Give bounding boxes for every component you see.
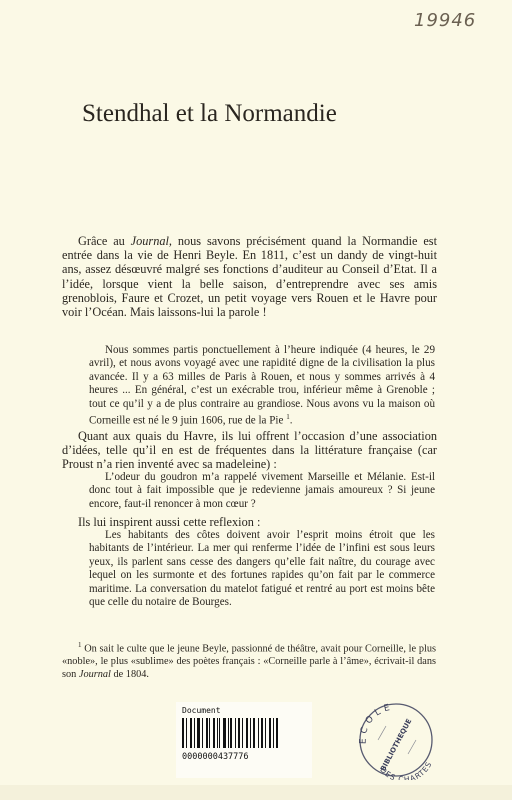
text: Les habitants des côtes doivent avoir l’…: [89, 529, 435, 609]
text: Ils lui inspirent aussi cette reflexion …: [62, 515, 437, 529]
journal-italic: Journal: [79, 669, 111, 680]
barcode-number: 0000000437776: [182, 752, 249, 762]
text: Grâce au: [78, 234, 131, 248]
paragraph-reflexion: Ils lui inspirent aussi cette reflexion …: [62, 515, 437, 529]
quote-rouen: Nous sommes partis ponctuellement à l’he…: [89, 344, 435, 428]
page-title: Stendhal et la Normandie: [82, 100, 337, 128]
paragraph-intro: Grâce au Journal, nous savons précisémen…: [62, 234, 437, 319]
text: L’odeur du goudron m’a rappelé vivement …: [89, 471, 435, 511]
footnote: 1 On sait le culte que le jeune Beyle, p…: [62, 639, 436, 681]
paragraph-havre: Quant aux quais du Havre, ils lui offren…: [62, 429, 437, 472]
stamp-center-text: BIBLIOTHEQUE: [379, 717, 413, 772]
text: Quant aux quais du Havre, ils lui offren…: [62, 429, 437, 472]
text: Nous sommes partis ponctuellement à l’he…: [89, 344, 435, 427]
footnote-ref: 1: [286, 413, 290, 421]
barcode-label: Document 0000000437776: [176, 702, 312, 778]
handwritten-accession-number: 19946: [414, 10, 476, 31]
journal-italic: Journal,: [131, 234, 172, 248]
svg-text:ECOLE: ECOLE: [359, 702, 395, 744]
text: de 1804.: [111, 669, 149, 680]
quote-habitants: Les habitants des côtes doivent avoir l’…: [89, 529, 435, 609]
barcode-title: Document: [182, 706, 221, 715]
stamp-top-text: ECOLE: [359, 702, 395, 744]
library-stamp-icon: ECOLE DES CHARTES BIBLIOTHEQUE: [356, 700, 436, 780]
barcode-icon: [182, 718, 300, 748]
page-edge: [0, 785, 512, 800]
quote-goudron: L’odeur du goudron m’a rappelé vivement …: [89, 471, 435, 511]
